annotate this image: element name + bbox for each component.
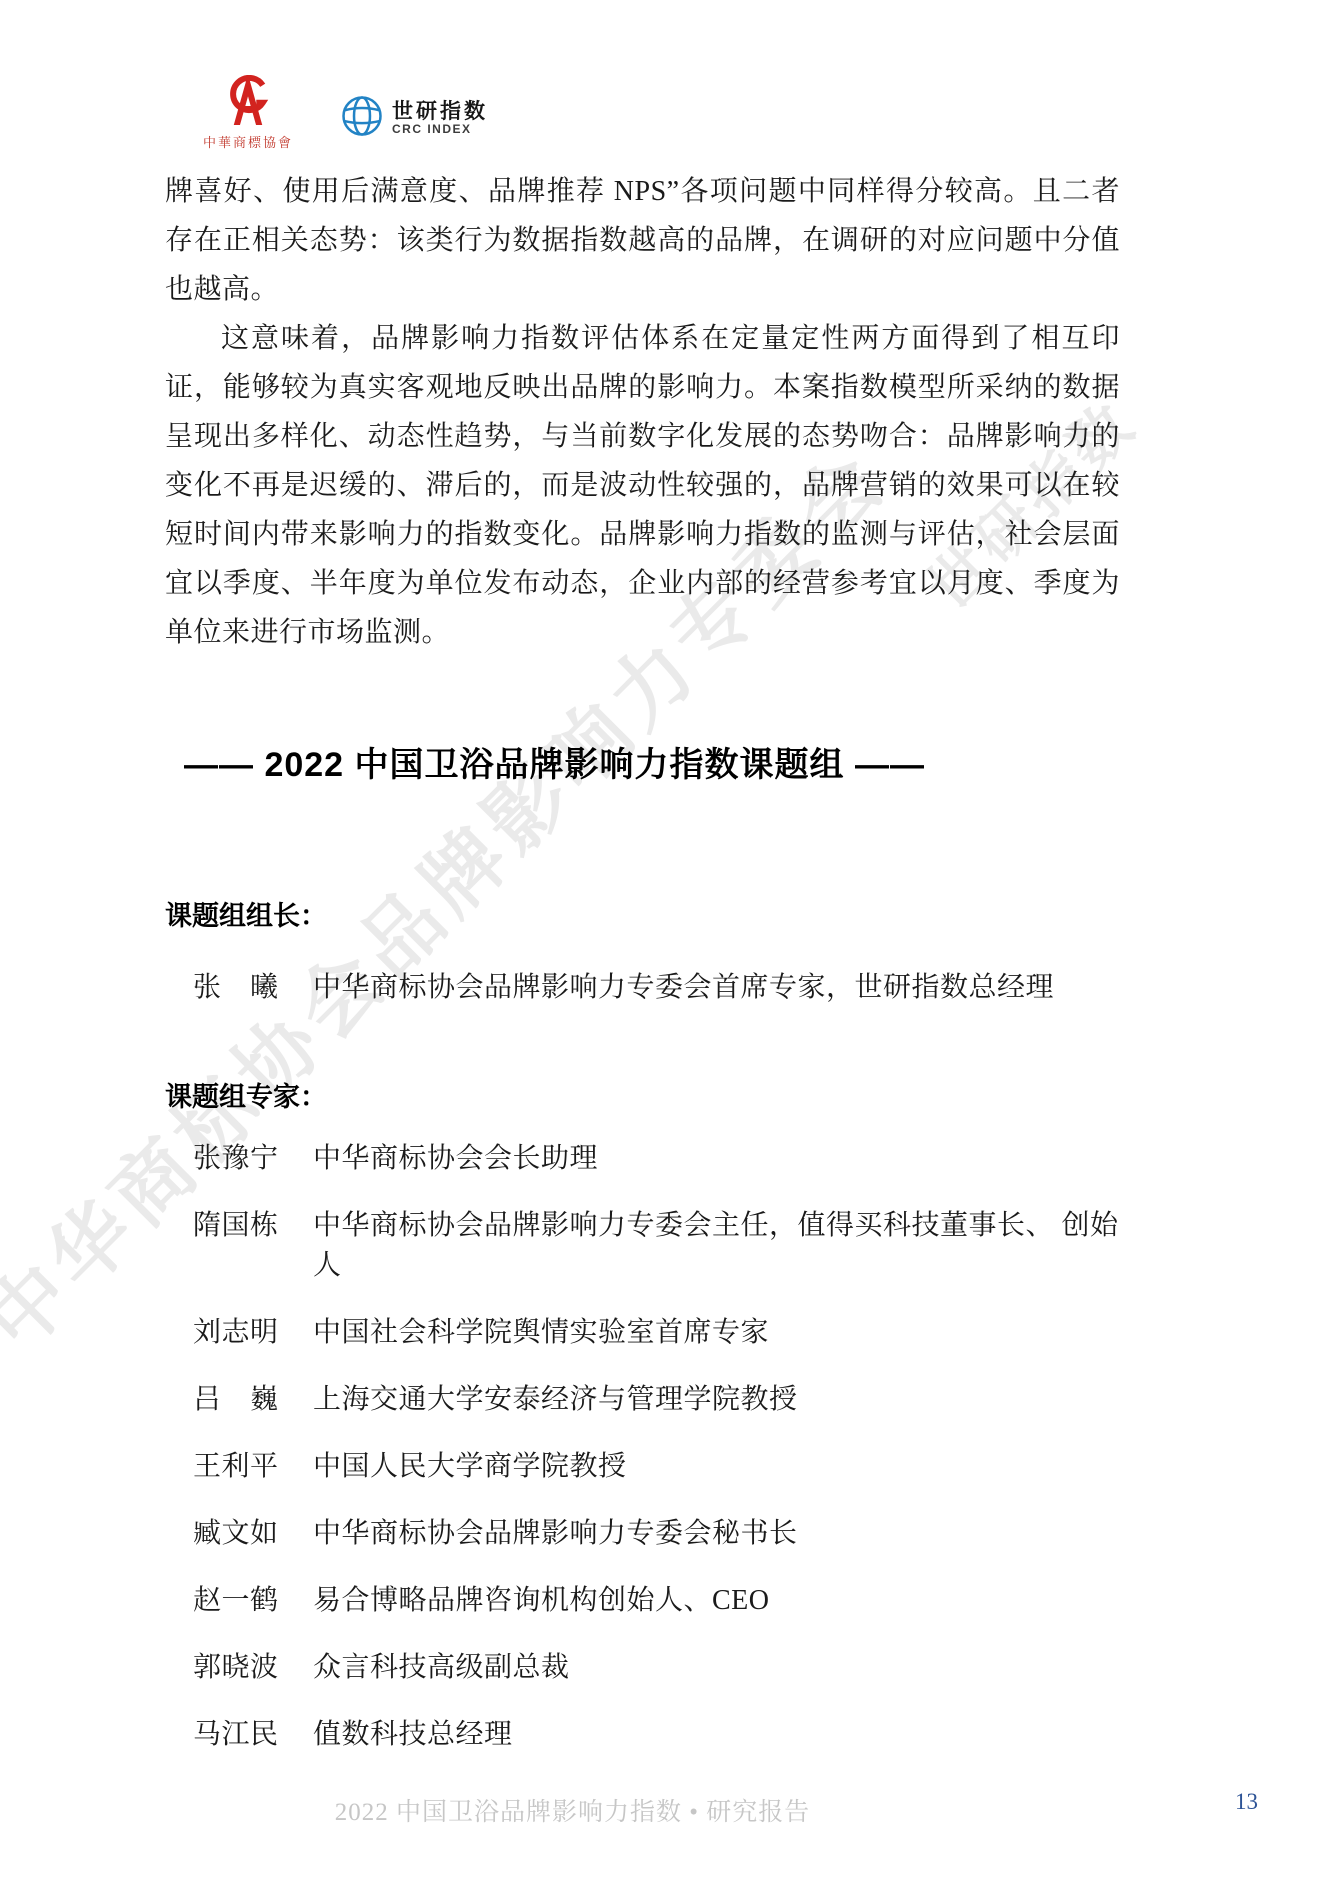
member-row: 刘志明 中国社会科学院舆情实验室首席专家	[165, 1310, 1120, 1350]
crc-index-name-en: CRC INDEX	[392, 123, 488, 136]
globe-icon	[341, 95, 383, 142]
experts-section-label: 课题组专家：	[165, 1075, 1120, 1114]
content-column: 中華商標協會 世研指数 CRC INDEX	[0, 0, 1334, 1752]
paragraph-1: 牌喜好、使用后满意度、品牌推荐 NPS”各项问题中同样得分较高。且二者存在正相关…	[165, 167, 1120, 314]
member-description: 中华商标协会品牌影响力专委会主任，值得买科技董事长、 创始人	[313, 1203, 1120, 1283]
research-group-heading: —— 2022 中国卫浴品牌影响力指数课题组 ——	[77, 737, 1032, 786]
member-row: 吕 巍 上海交通大学安泰经济与管理学院教授	[165, 1377, 1120, 1417]
trademark-association-logo: 中華商標協會	[203, 75, 293, 151]
member-description: 值数科技总经理	[313, 1712, 1120, 1752]
paragraph-2: 这意味着，品牌影响力指数评估体系在定量定性两方面得到了相互印证，能够较为真实客观…	[165, 314, 1120, 657]
crc-index-name-cn: 世研指数	[392, 101, 488, 124]
page-number: 13	[1235, 1789, 1258, 1815]
member-name: 郭晓波	[193, 1645, 283, 1685]
member-description: 上海交通大学安泰经济与管理学院教授	[313, 1377, 1120, 1417]
leader-section-label: 课题组组长：	[165, 894, 1120, 933]
document-page: 中华商标协会品牌影响力专委会 世研指数 中華商標協會	[0, 0, 1334, 1887]
member-row: 张豫宁 中华商标协会会长助理	[165, 1136, 1120, 1176]
member-name: 臧文如	[193, 1511, 283, 1551]
member-description: 中国人民大学商学院教授	[313, 1444, 1120, 1484]
body-text: 牌喜好、使用后满意度、品牌推荐 NPS”各项问题中同样得分较高。且二者存在正相关…	[165, 167, 1120, 657]
member-description: 中华商标协会品牌影响力专委会秘书长	[313, 1511, 1120, 1551]
member-description: 中华商标协会品牌影响力专委会首席专家，世研指数总经理	[313, 965, 1120, 1005]
crc-index-logo: 世研指数 CRC INDEX	[341, 95, 488, 142]
member-row: 张 曦 中华商标协会品牌影响力专委会首席专家，世研指数总经理	[165, 965, 1120, 1005]
member-row: 赵一鹤 易合博略品牌咨询机构创始人、CEO	[165, 1578, 1120, 1618]
member-description: 中华商标协会会长助理	[313, 1136, 1120, 1176]
member-name: 马江民	[193, 1712, 283, 1752]
member-description: 易合博略品牌咨询机构创始人、CEO	[313, 1578, 1120, 1618]
member-name: 吕 巍	[193, 1377, 283, 1417]
member-row: 马江民 值数科技总经理	[165, 1712, 1120, 1752]
member-name: 隋国栋	[193, 1203, 283, 1283]
member-row: 臧文如 中华商标协会品牌影响力专委会秘书长	[165, 1511, 1120, 1551]
member-row: 隋国栋 中华商标协会品牌影响力专委会主任，值得买科技董事长、 创始人	[165, 1203, 1120, 1283]
experts-member-list: 张豫宁 中华商标协会会长助理 隋国栋 中华商标协会品牌影响力专委会主任，值得买科…	[165, 1136, 1120, 1752]
header-logos: 中華商標協會 世研指数 CRC INDEX	[165, 75, 1120, 159]
member-name: 刘志明	[193, 1310, 283, 1350]
trademark-association-caption: 中華商標協會	[203, 132, 293, 151]
crc-index-logo-text: 世研指数 CRC INDEX	[392, 101, 488, 137]
member-name: 王利平	[193, 1444, 283, 1484]
member-description: 众言科技高级副总裁	[313, 1645, 1120, 1685]
footer-running-title: 2022 中国卫浴品牌影响力指数 • 研究报告	[95, 1792, 1050, 1828]
member-name: 张 曦	[193, 965, 283, 1005]
member-row: 王利平 中国人民大学商学院教授	[165, 1444, 1120, 1484]
leader-member-list: 张 曦 中华商标协会品牌影响力专委会首席专家，世研指数总经理	[165, 965, 1120, 1005]
member-description: 中国社会科学院舆情实验室首席专家	[313, 1310, 1120, 1350]
member-row: 郭晓波 众言科技高级副总裁	[165, 1645, 1120, 1685]
member-name: 赵一鹤	[193, 1578, 283, 1618]
member-name: 张豫宁	[193, 1136, 283, 1176]
trademark-association-logo-icon	[225, 75, 271, 130]
